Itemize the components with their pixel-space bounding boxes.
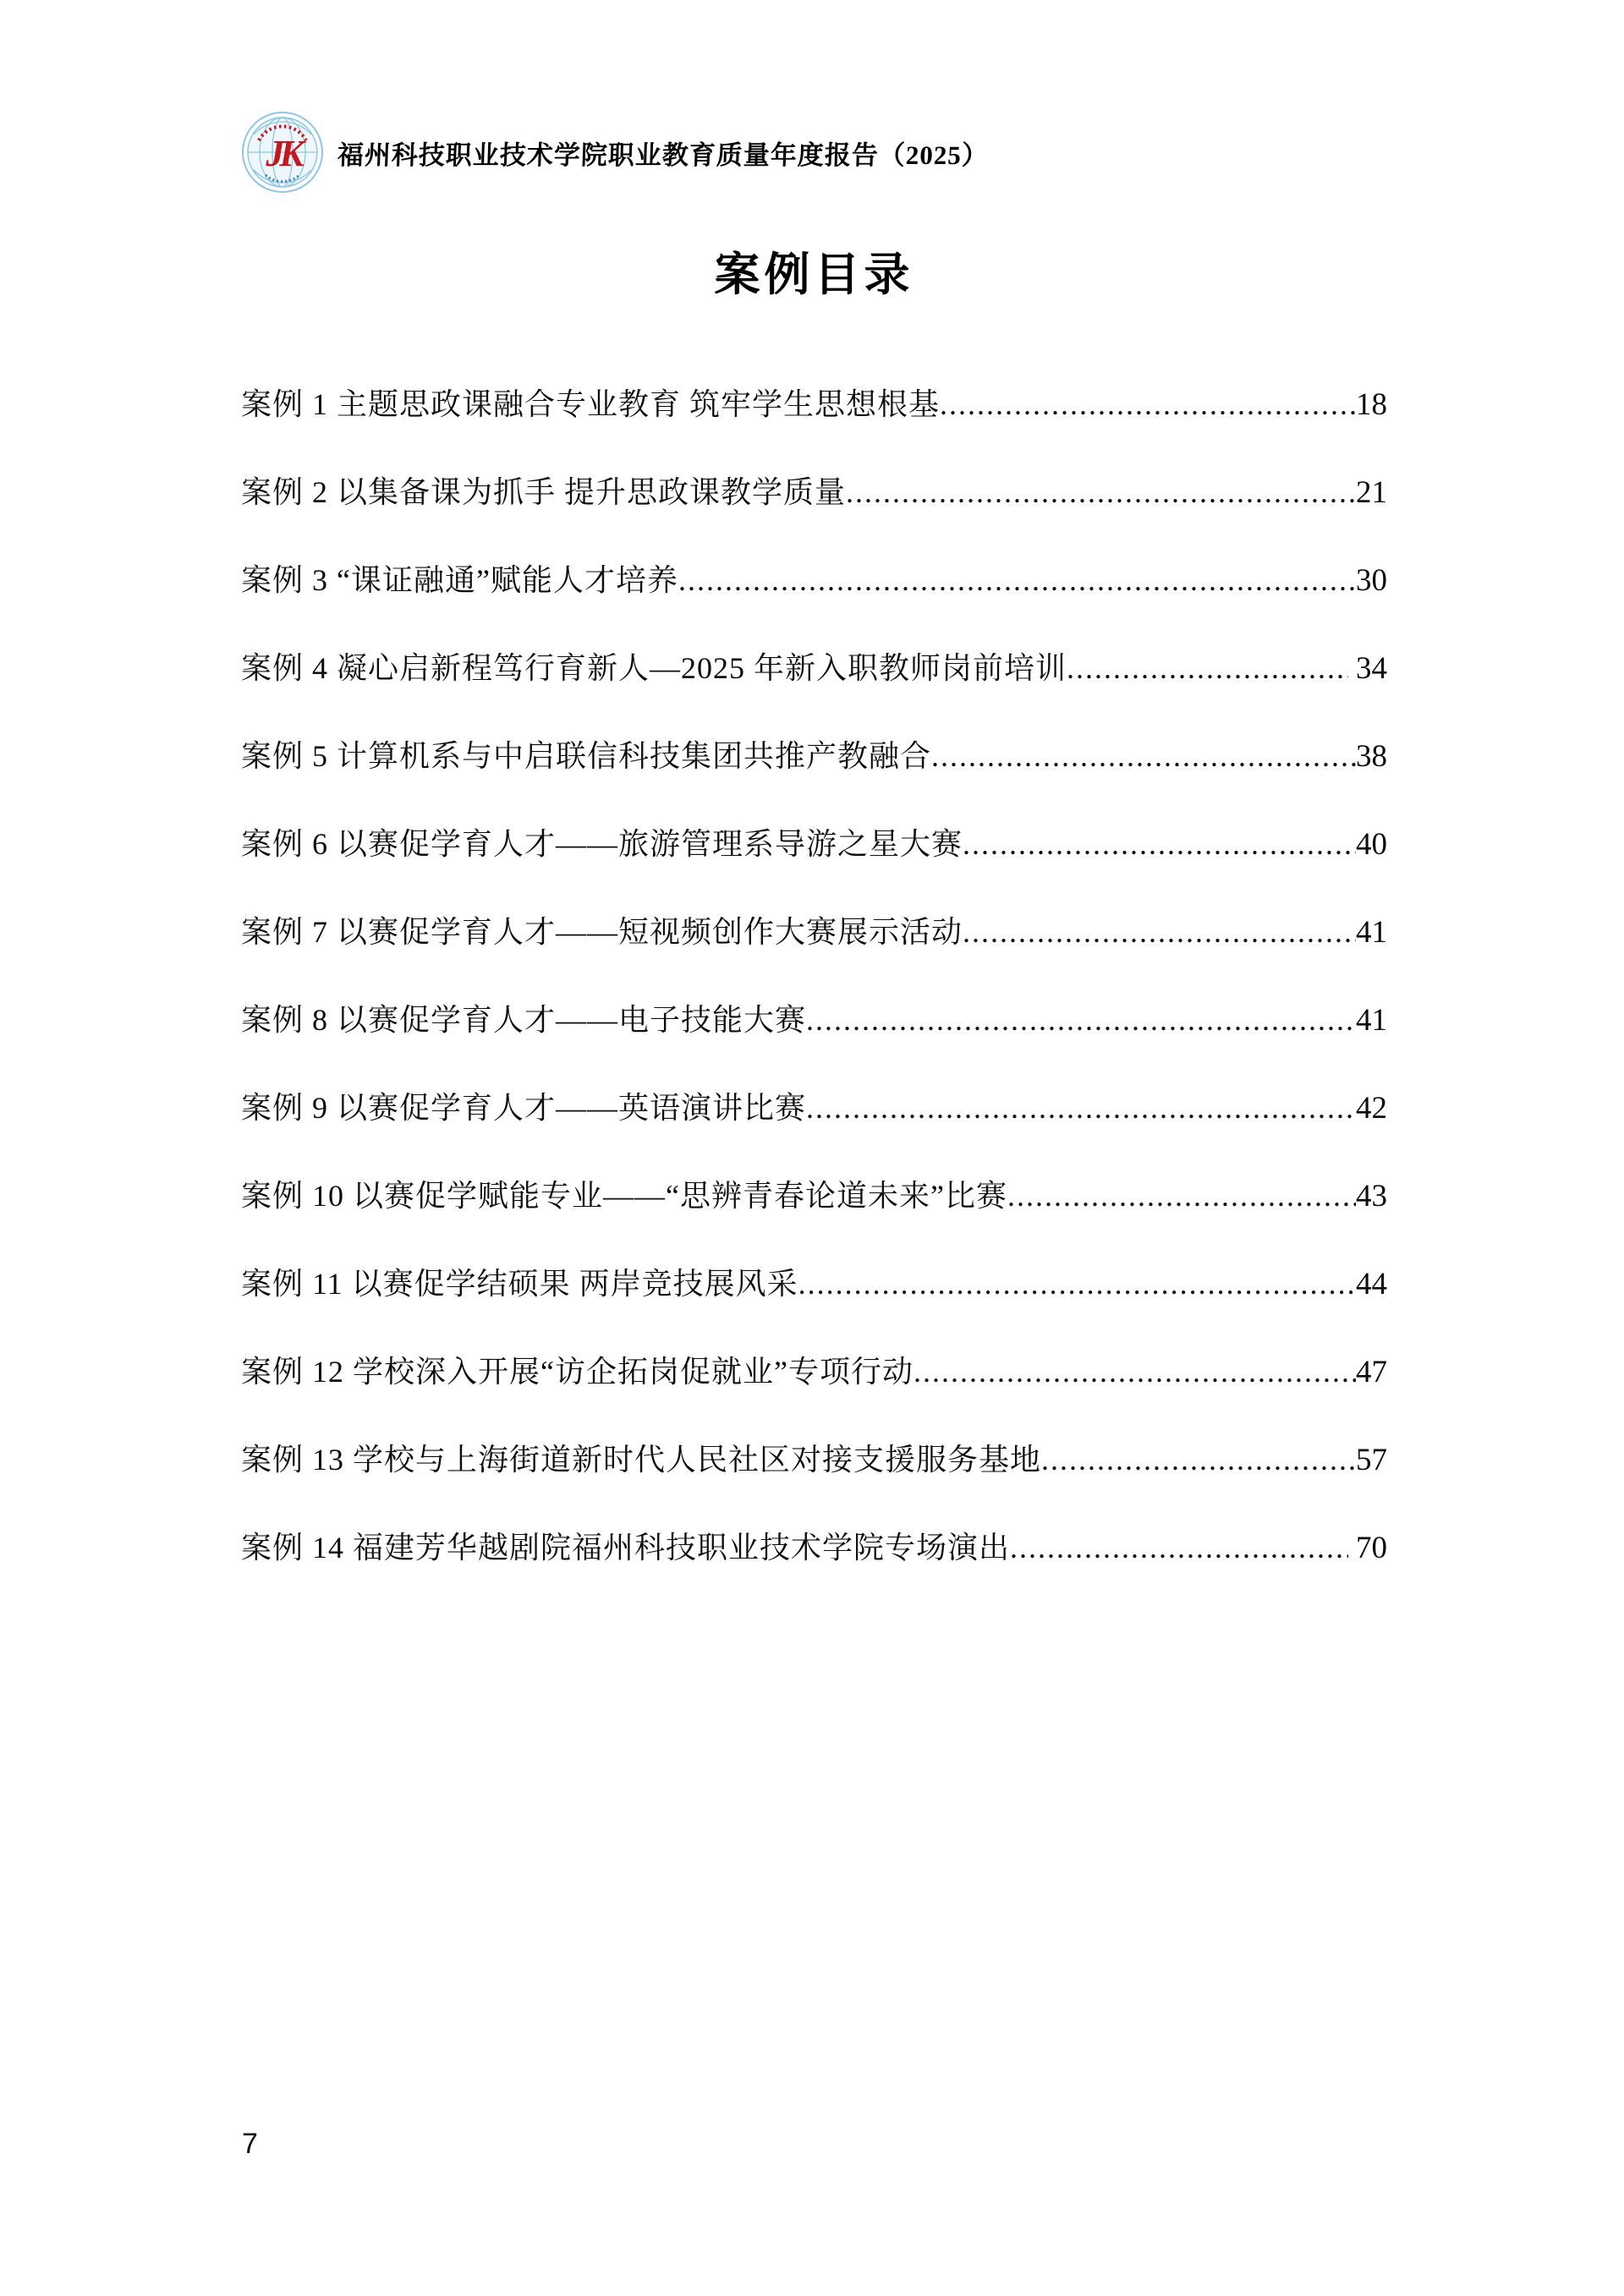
report-title: 福州科技职业技术学院职业教育质量年度报告（2025） [337, 134, 990, 172]
toc-entry-label: 案例 10 以赛促学赋能专业——“思辨青春论道未来”比赛 [241, 1172, 1007, 1215]
toc-entry-7[interactable]: 案例 7 以赛促学育人才——短视频创作大赛展示活动 41 [241, 879, 1387, 967]
toc-entry-label: 案例 7 以赛促学育人才——短视频创作大赛展示活动 [241, 908, 963, 951]
toc-entry-page: 41 [1356, 1002, 1387, 1038]
toc-dot-leader [1010, 1530, 1348, 1565]
page-header: JK 福州科技职业技术学院职业教育质量年度报告（2025） [239, 110, 989, 195]
toc-entry-label: 案例 2 以集备课为抓手 提升思政课教学质量 [241, 469, 846, 512]
toc-entry-page: 38 [1356, 738, 1387, 775]
toc-entry-5[interactable]: 案例 5 计算机系与中启联信科技集团共推产教融合 38 [241, 704, 1387, 792]
toc-dot-leader [798, 1266, 1356, 1301]
toc-entry-label: 案例 6 以赛促学育人才——旅游管理系导游之星大赛 [241, 820, 963, 863]
toc-dot-leader [678, 562, 1356, 598]
toc-entry-page: 57 [1356, 1442, 1387, 1478]
toc-entry-page: 21 [1356, 474, 1387, 511]
toc-entry-page: 34 [1348, 650, 1387, 687]
toc-entry-label: 案例 3 “课证融通”赋能人才培养 [241, 556, 678, 600]
toc-entry-page: 44 [1356, 1266, 1387, 1302]
toc-entry-page: 40 [1356, 826, 1387, 863]
section-title: 案例目录 [241, 238, 1387, 304]
toc-entry-label: 案例 4 凝心启新程笃行育新人—2025 年新入职教师岗前培训 [241, 644, 1067, 688]
toc-entry-14[interactable]: 案例 14 福建芳华越剧院福州科技职业技术学院专场演出 70 [241, 1495, 1387, 1583]
toc-entry-label: 案例 5 计算机系与中启联信科技集团共推产教融合 [241, 732, 931, 775]
toc-dot-leader [1041, 1442, 1356, 1477]
toc-dot-leader [806, 1090, 1356, 1126]
toc-entry-page: 41 [1356, 914, 1387, 951]
toc-entry-label: 案例 13 学校与上海街道新时代人民社区对接支援服务基地 [241, 1436, 1041, 1479]
toc-entry-label: 案例 1 主题思政课融合专业教育 筑牢学生思想根基 [241, 381, 940, 424]
toc-entry-8[interactable]: 案例 8 以赛促学育人才——电子技能大赛 41 [241, 967, 1387, 1055]
toc-entry-page: 43 [1356, 1178, 1387, 1214]
toc-entry-page: 42 [1356, 1090, 1387, 1126]
toc-entry-label: 案例 8 以赛促学育人才——电子技能大赛 [241, 996, 806, 1039]
toc-entry-label: 案例 14 福建芳华越剧院福州科技职业技术学院专场演出 [241, 1524, 1010, 1567]
toc-dot-leader [806, 1002, 1356, 1038]
toc-entry-page: 18 [1356, 386, 1387, 423]
toc-entry-10[interactable]: 案例 10 以赛促学赋能专业——“思辨青春论道未来”比赛 43 [241, 1143, 1387, 1231]
toc-entry-13[interactable]: 案例 13 学校与上海街道新时代人民社区对接支援服务基地 57 [241, 1407, 1387, 1495]
toc-dot-leader [913, 1354, 1356, 1389]
toc-entry-2[interactable]: 案例 2 以集备课为抓手 提升思政课教学质量 21 [241, 440, 1387, 528]
toc-entry-page: 47 [1356, 1354, 1387, 1390]
toc-dot-leader [931, 738, 1356, 774]
page-number: 7 [242, 2128, 258, 2161]
toc-entry-6[interactable]: 案例 6 以赛促学育人才——旅游管理系导游之星大赛 40 [241, 792, 1387, 879]
toc-dot-leader [940, 386, 1356, 422]
toc-entry-label: 案例 9 以赛促学育人才——英语演讲比赛 [241, 1084, 806, 1127]
toc-entry-page: 70 [1348, 1530, 1387, 1566]
toc-dot-leader [1007, 1178, 1356, 1214]
toc-entry-1[interactable]: 案例 1 主题思政课融合专业教育 筑牢学生思想根基 18 [241, 352, 1387, 440]
toc-entry-12[interactable]: 案例 12 学校深入开展“访企拓岗促就业”专项行动 47 [241, 1319, 1387, 1407]
toc-entry-label: 案例 11 以赛促学结硕果 两岸竞技展风采 [241, 1260, 798, 1303]
toc-dot-leader [963, 914, 1356, 950]
toc-entry-4[interactable]: 案例 4 凝心启新程笃行育新人—2025 年新入职教师岗前培训 34 [241, 616, 1387, 704]
toc-dot-leader [846, 474, 1356, 510]
toc-entry-9[interactable]: 案例 9 以赛促学育人才——英语演讲比赛 42 [241, 1055, 1387, 1143]
toc-entry-page: 30 [1356, 562, 1387, 599]
toc-entry-11[interactable]: 案例 11 以赛促学结硕果 两岸竞技展风采 44 [241, 1231, 1387, 1319]
toc-entry-label: 案例 12 学校深入开展“访企拓岗促就业”专项行动 [241, 1348, 913, 1391]
school-logo-icon: JK [239, 110, 326, 195]
toc-dot-leader [963, 826, 1356, 862]
case-toc-list: 案例 1 主题思政课融合专业教育 筑牢学生思想根基 18 案例 2 以集备课为抓… [241, 352, 1387, 1583]
toc-entry-3[interactable]: 案例 3 “课证融通”赋能人才培养 30 [241, 528, 1387, 616]
toc-dot-leader [1067, 650, 1348, 686]
